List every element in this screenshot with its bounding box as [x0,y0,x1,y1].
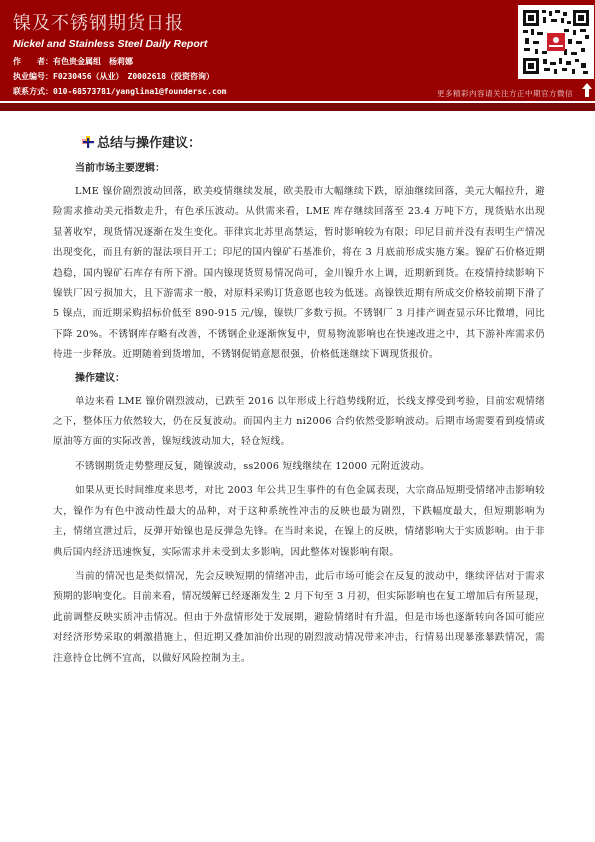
section-title: 总结与操作建议： [97,132,201,151]
operations-paragraph-3: 如果从更长时间维度来思考，对比 2003 年公共卫生事件的有色金属表现，大宗商品… [53,481,545,563]
report-body: 当前市场主要逻辑： LME 镍价剧烈波动回落，欧美疫情继续发展，欧美股市大幅继续… [53,160,545,669]
header-dark-band [0,103,595,111]
market-logic-heading: 当前市场主要逻辑： [75,160,545,178]
report-title: 镍及不锈钢期货日报 [13,9,184,35]
operations-paragraph-2: 不锈钢期货走势整理反复，随镍波动，ss2006 短线继续在 12000 元附近波… [53,457,545,477]
report-subtitle: Nickel and Stainless Steel Daily Report [13,38,207,50]
section-heading: 总结与操作建议： [82,132,201,151]
contact-line: 联系方式：010-68573781/yanglina1@foundersc.co… [13,86,226,97]
operations-paragraph-4: 当前的情况也是类似情况，先会反映短期的情绪冲击，此后市场可能会在反复的波动中，继… [53,567,545,669]
operations-paragraph-1: 单边来看 LME 镍价剧烈波动，已跌至 2016 以年形成上行趋势线附近，长线支… [53,392,545,453]
contact-value[interactable]: 010-68573781/yanglina1@foundersc.com [53,87,226,96]
license-line: 执业编号：F0230456（从业） Z0002618（投资咨询） [13,71,214,82]
contact-label: 联系方式： [13,86,53,97]
market-logic-paragraph: LME 镍价剧烈波动回落，欧美疫情继续发展，欧美股市大幅继续下跌，原油继续回落，… [53,182,545,366]
bullet-cross-icon [82,136,94,148]
report-header: 镍及不锈钢期货日报 Nickel and Stainless Steel Dai… [0,0,595,101]
license-label: 执业编号： [13,71,53,82]
arrow-up-icon [582,83,592,97]
author-label: 作 者： [13,56,53,67]
author-line: 作 者：有色贵金属组 杨莉娜 [13,56,133,67]
wechat-follow-note: 更多精彩内容请关注方正中期官方微信 [437,88,573,99]
operations-heading: 操作建议： [75,370,545,388]
qr-code-icon [518,5,594,79]
license-value: F0230456（从业） Z0002618（投资咨询） [53,72,214,81]
author-value: 有色贵金属组 杨莉娜 [53,57,133,66]
